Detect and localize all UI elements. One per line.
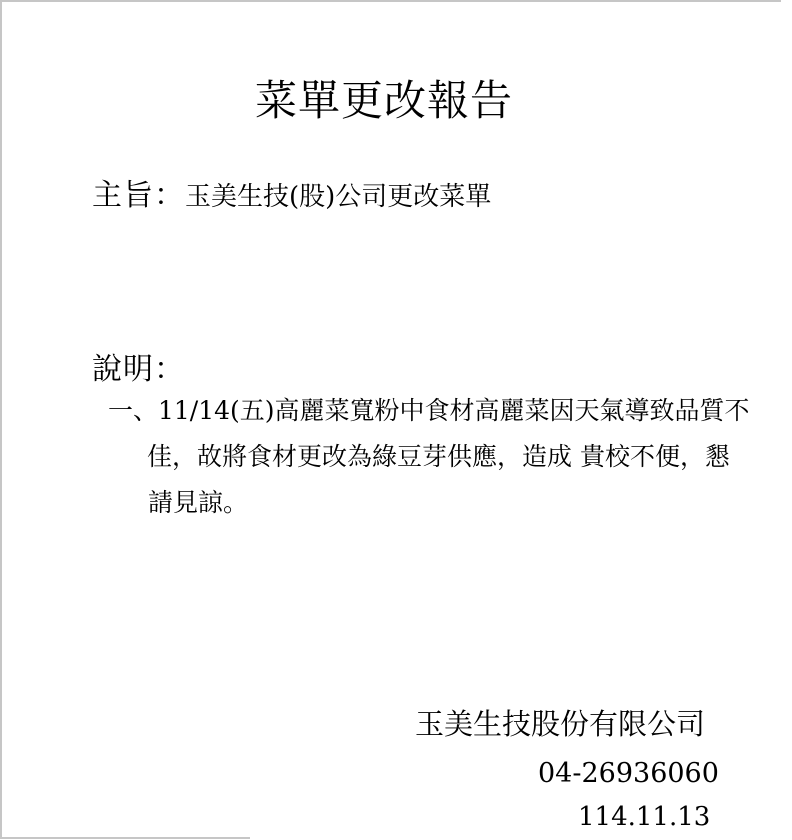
footer-company-name: 玉美生技股份有限公司 bbox=[415, 702, 705, 743]
explanation-line-2: 佳，故將食材更改為綠豆芽供應，造成 貴校不便，懇 bbox=[147, 434, 792, 480]
footer-phone-number: 04-26936060 bbox=[538, 758, 719, 789]
subject-line: 主旨：玉美生技(股)公司更改菜單 bbox=[92, 170, 491, 214]
subject-label: 主旨： bbox=[92, 178, 185, 213]
page-edge-top-line bbox=[0, 0, 781, 2]
explanation-line-3: 請見諒。 bbox=[148, 480, 792, 526]
explanation-body: 一、11/14(五)高麗菜寬粉中食材高麗菜因天氣導致品質不 佳，故將食材更改為綠… bbox=[0, 388, 792, 526]
explanation-label: 說明： bbox=[92, 344, 185, 388]
page-edge-bottom-line bbox=[0, 837, 250, 839]
subject-text: 玉美生技(股)公司更改菜單 bbox=[185, 182, 491, 212]
page-title: 菜單更改報告 bbox=[255, 76, 513, 126]
document-page: 菜單更改報告 主旨：玉美生技(股)公司更改菜單 說明： 一、11/14(五)高麗… bbox=[0, 0, 792, 840]
explanation-line-1: 一、11/14(五)高麗菜寬粉中食材高麗菜因天氣導致品質不 bbox=[108, 388, 792, 434]
footer-date: 114.11.13 bbox=[578, 802, 710, 832]
